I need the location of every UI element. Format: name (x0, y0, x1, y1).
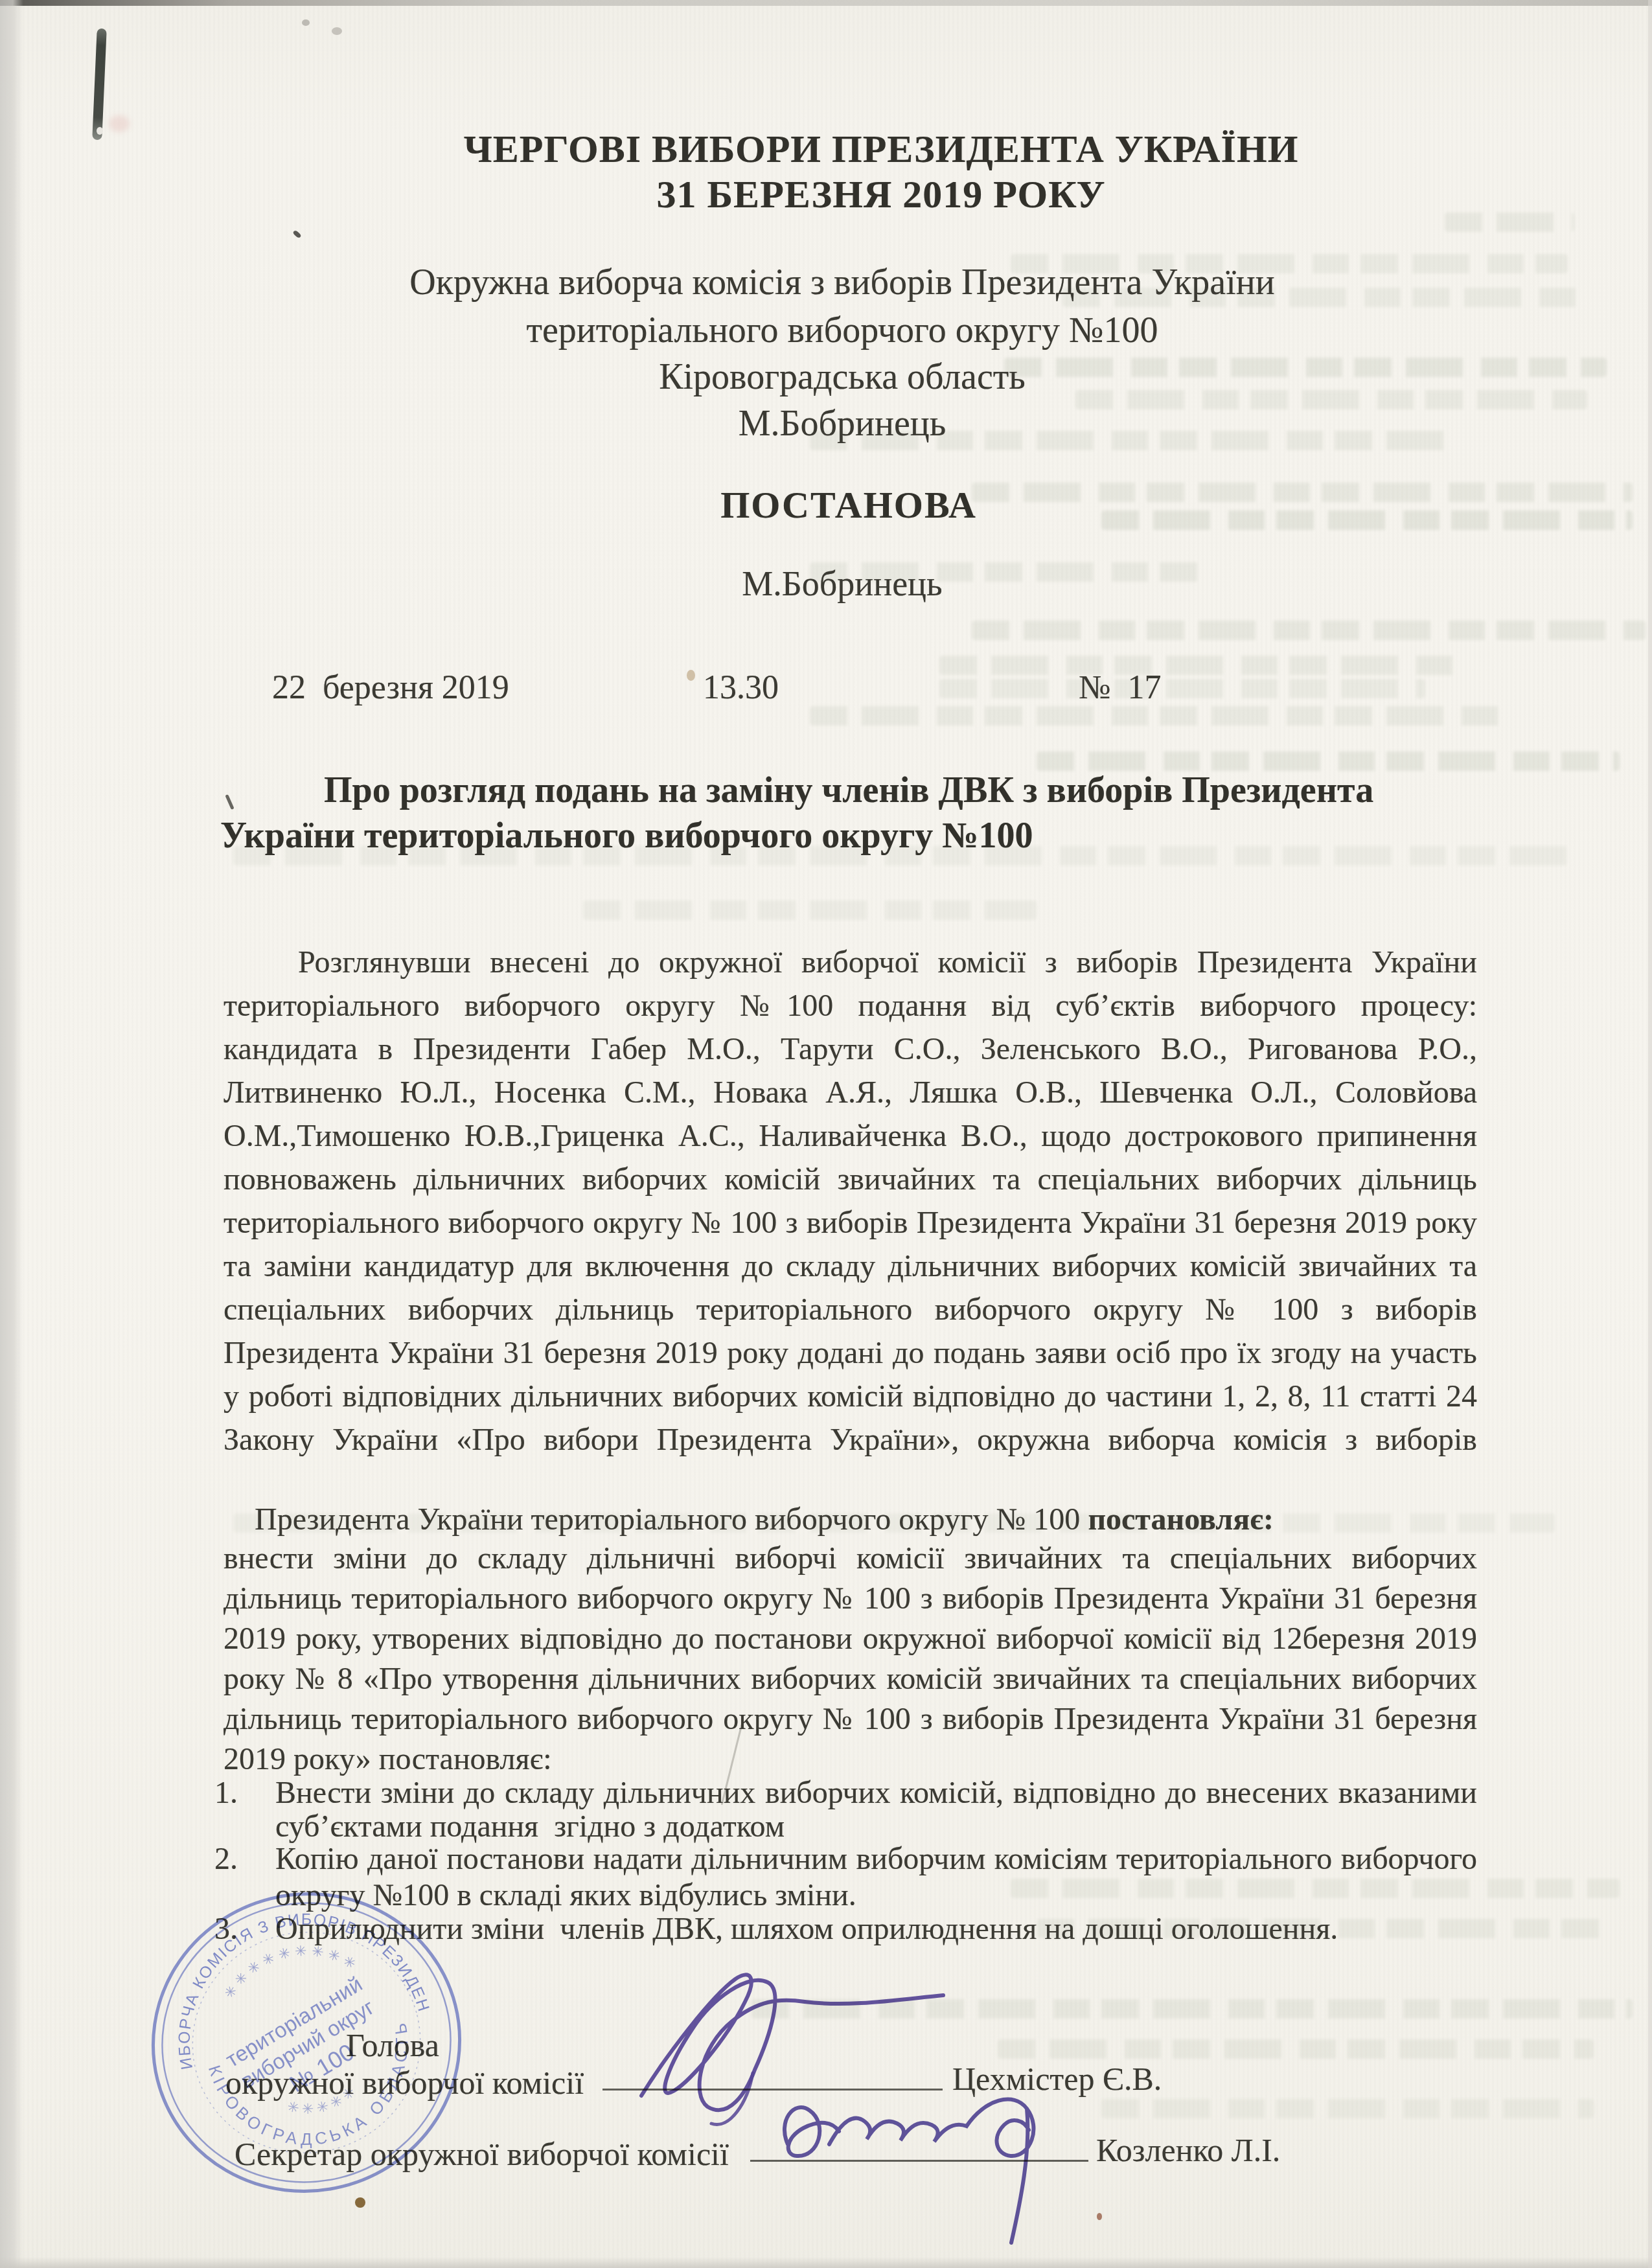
list-item-text: Внести зміни до складу дільничних виборч… (275, 1776, 1477, 1810)
scanned-document-page: ЧЕРГОВІ ВИБОРИ ПРЕЗИДЕНТА УКРАЇНИ 31 БЕР… (0, 0, 1652, 2268)
gray-speck-1 (302, 19, 310, 26)
pink-smudge (109, 115, 130, 132)
dark-speck (292, 230, 301, 239)
scan-edge-bottom (0, 2257, 1652, 2268)
brown-dot (355, 2197, 365, 2208)
paragraph-line: та заміни кандидатур для включення до ск… (224, 1248, 1477, 1285)
document-type-title: ПОСТАНОВА (201, 483, 1497, 527)
headline-line1: ЧЕРГОВІ ВИБОРИ ПРЕЗИДЕНТА УКРАЇНИ (233, 127, 1529, 172)
paragraph-line: у роботі відповідних дільничних виборчих… (224, 1379, 1477, 1415)
list-item-line: 1.Внести зміни до складу дільничних вибо… (275, 1775, 1477, 1811)
document-number: № 17 (1079, 669, 1162, 707)
paragraph-line: 2019 року, утворених відповідно до поста… (224, 1621, 1477, 1657)
paragraph-line: спеціальних виборчих дільниць територіал… (224, 1292, 1477, 1328)
commission-name-line2: територіального виборчого округу №100 (194, 310, 1490, 351)
secretary-name: Козленко Л.І. (1096, 2131, 1280, 2169)
region-name: Кіровоградська область (194, 356, 1490, 398)
paragraph-line: Закону України «Про вибори Президента Ук… (224, 1422, 1477, 1458)
list-item-line: 2.Копію даної постанови надати дільнични… (275, 1841, 1477, 1877)
list-item-line: суб’єктами подання згідно з додатком (275, 1809, 1477, 1845)
document-date: 22 березня 2019 (272, 669, 509, 707)
document-title-line1: Про розгляд подань на заміну членів ДВК … (324, 770, 1373, 811)
scan-edge-top (0, 0, 1652, 6)
bleedthrough-line (972, 621, 1646, 640)
city-name: М.Бобринець (194, 403, 1490, 444)
document-title-line2: України територіального виборчого округу… (220, 815, 1033, 856)
headline-line2: 31 БЕРЕЗНЯ 2019 РОКУ (233, 172, 1529, 217)
paragraph-line: Литвиненко Ю.Л., Носенка С.М., Новака А.… (224, 1075, 1477, 1111)
scan-edge-right (1648, 0, 1652, 2268)
paragraph-line: 2019 року» постановляє: (224, 1741, 1477, 1778)
official-round-stamp: ОКРУЖНА ВИБОРЧА КОМІСІЯ З ВИБОРІВ ПРЕЗИД… (146, 1888, 466, 2196)
secretary-signature (758, 2060, 1095, 2254)
paragraph-line: О.М.,Тимошенко Ю.В.,Гриценка А.С., Налив… (224, 1118, 1477, 1154)
bleedthrough-line (1037, 751, 1620, 771)
paragraph-line: територіального виборчого округу № 100 з… (224, 1205, 1477, 1241)
bleedthrough-line (1101, 2099, 1594, 2118)
paragraph-line: Президента України 31 березня 2019 року … (224, 1335, 1477, 1371)
paragraph-line: повноважень дільничних виборчих комісій … (224, 1162, 1477, 1198)
tan-speck (687, 670, 695, 681)
paragraph-line: внести зміни до складу дільничні виборчі… (224, 1541, 1477, 1577)
paragraph-line: Розглянувши внесені до окружної виборчої… (298, 945, 1477, 981)
paragraph-line: територіального виборчого округу №100 по… (224, 988, 1477, 1024)
red-speck (1097, 2213, 1102, 2220)
staple-hole (97, 127, 103, 135)
list-item-text: Копію даної постанови надати дільничним … (275, 1842, 1477, 1876)
resolves-keyword: постановляє: (1088, 1502, 1274, 1537)
bleedthrough-line (810, 706, 1503, 726)
paragraph-1-last-plain: Президента України територіального вибор… (255, 1502, 1088, 1537)
list-item-number: 2. (214, 1841, 238, 1877)
staple-mark (92, 29, 106, 140)
apostrophe-mark (225, 794, 234, 810)
bleedthrough-line (939, 679, 1425, 698)
list-item-text: суб’єктами подання згідно з додатком (275, 1809, 785, 1844)
bleedthrough-line (998, 2039, 1594, 2059)
scan-edge-left (0, 0, 23, 2268)
list-item-number: 1. (214, 1775, 238, 1811)
bleedthrough-line (939, 656, 1464, 675)
commission-name-line1: Окружна виборча комісія з виборів Презид… (194, 262, 1490, 303)
paragraph-line: дільниць територіального виборчого округ… (224, 1581, 1477, 1617)
paragraph-line: кандидата в Президенти Габер М.О., Тарут… (224, 1031, 1477, 1068)
gray-speck-2 (332, 27, 342, 35)
document-time: 13.30 (703, 669, 779, 707)
paragraph-line: року № 8 «Про утворення дільничних вибор… (224, 1661, 1477, 1697)
bleedthrough-line (583, 900, 1037, 920)
place-name: М.Бобринець (194, 564, 1490, 604)
paragraph-line: дільниць територіального виборчого округ… (224, 1701, 1477, 1737)
